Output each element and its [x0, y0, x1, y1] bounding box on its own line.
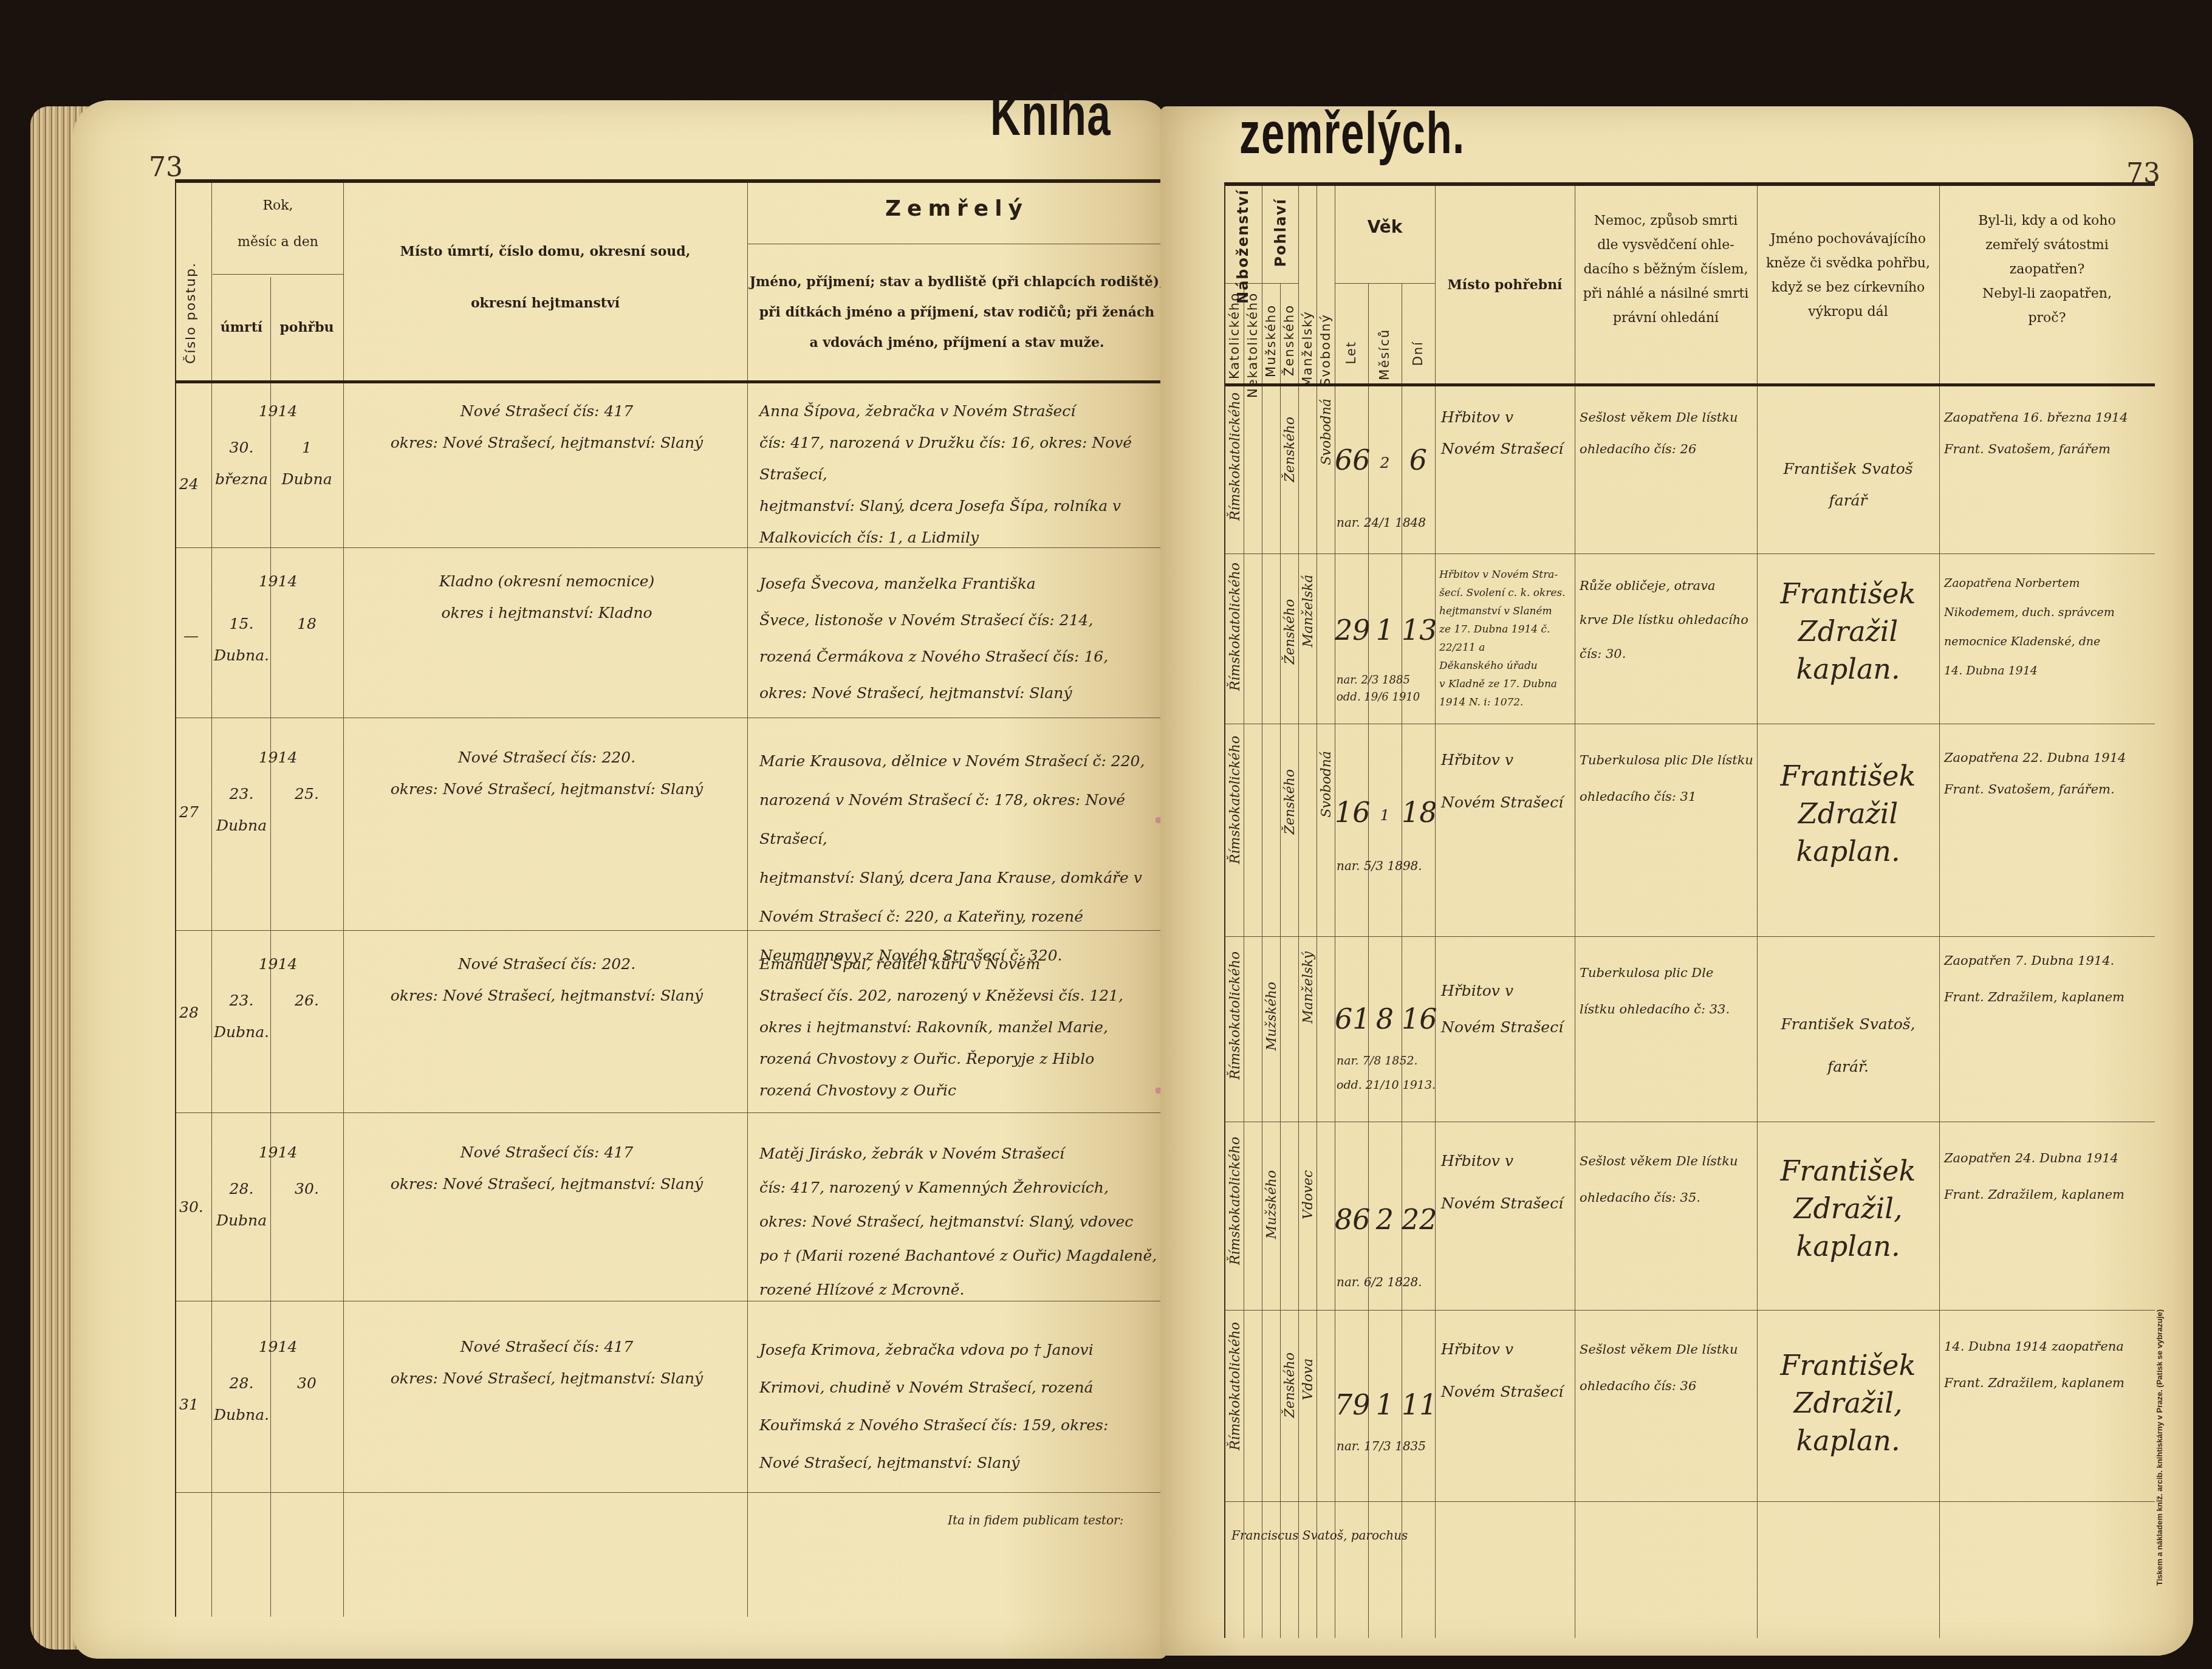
entry-misto-pohrebni: Hřbitov v Novém Strašecí	[1441, 1328, 1572, 1413]
entry-nemoc: Tuberkulosa plic Dle lístku ohledacího č…	[1580, 742, 1756, 815]
header-zenskeho: Ženského	[1282, 304, 1296, 376]
entry-cislo: 24	[179, 468, 199, 500]
entry-zaopatren: Zaopatřena 16. března 1914 Frant. Svatoš…	[1944, 402, 2154, 465]
entry-umrti: 28. Dubna	[213, 1173, 270, 1236]
entry-pohlavi: Mužského	[1264, 1170, 1279, 1239]
header-mesicu: Měsíců	[1377, 329, 1392, 380]
entry-zaopatren: Zaopatřena 22. Dubna 1914 Frant. Svatoše…	[1944, 742, 2154, 805]
header-nemoc: dle vysvědčení ohle-	[1575, 235, 1757, 256]
left-page: 73 Kniha Číslo postup. Rok, měsíc a den …	[73, 100, 1166, 1659]
header-zemrely: Zemřelý	[747, 198, 1166, 220]
entry-nemoc: Tuberkulosa plic Dle lístku ohledacího č…	[1580, 954, 1756, 1027]
title-right: zemřelých.	[1239, 100, 1465, 167]
header-let: Let	[1344, 341, 1358, 364]
entry-pohrbu: 30	[270, 1368, 343, 1399]
entry-stav: Svobodná	[1319, 399, 1334, 465]
entry-misto-umrti: Nové Strašecí čís: 417 okres: Nové Straš…	[349, 396, 744, 459]
entry-zemrely: Emanuel Špal, ředitel kůru v Novém Straš…	[759, 948, 1160, 1106]
header-umrti: úmrtí	[213, 317, 270, 338]
entry-dni: 6	[1402, 441, 1435, 479]
header-nemoc: při náhlé a násilné smrti	[1575, 283, 1757, 305]
header-nemoc: dacího s běžným číslem,	[1575, 259, 1757, 281]
header-nemoc: Nemoc, způsob smrti	[1575, 210, 1757, 232]
entry-cislo: 28	[179, 997, 199, 1029]
entry-mesicu: 2	[1368, 447, 1402, 479]
entry-pohrbu: 26.	[270, 985, 343, 1016]
attestation-signature: Ita in fidem publicam testor:	[948, 1504, 1123, 1536]
header-manzelsky: Manželský	[1300, 310, 1315, 388]
entry-let: 86	[1335, 1201, 1368, 1238]
header-zaopatren: Nebyl-li zaopatřen,	[1939, 283, 2155, 305]
header-mesic-den: měsíc a den	[213, 231, 343, 253]
header-dni: Dní	[1411, 341, 1425, 366]
entry-pohlavi: Ženského	[1282, 599, 1298, 665]
entry-cislo: 27	[179, 797, 199, 828]
header-nekatolickeho: Nekatolického	[1245, 292, 1260, 398]
entry-nemoc: Růže obličeje, otrava krve Dle lístku oh…	[1580, 569, 1756, 671]
header-kneze: výkropu dál	[1757, 301, 1939, 323]
entry-narozen: nar. 5/3 1898.	[1337, 857, 1422, 874]
entry-mesicu: 1	[1368, 1386, 1402, 1424]
right-page: 73 zemřelých. Tiskem a nákladem knīž. ar…	[1160, 106, 2193, 1656]
entry-pohrbu: 1 Dubna	[270, 432, 343, 495]
entry-pohlavi: Mužského	[1264, 982, 1279, 1050]
entry-zemrely: Anna Šípova, žebračka v Novém Strašecí č…	[759, 396, 1160, 553]
header-zaopatren: zemřelý svátostmi	[1939, 235, 2155, 256]
entry-misto-pohrebni: Hřbitov v Novém Strašecí	[1441, 739, 1572, 824]
header-okresni-hejtmanstvi: okresní hejtmanství	[343, 292, 747, 314]
entry-zemrely: Marie Krausova, dělnice v Novém Strašecí…	[759, 742, 1160, 975]
entry-umrti: 15. Dubna.	[213, 608, 270, 671]
entry-misto-pohrebni: Hřbitov v Novém Strašecí	[1441, 402, 1572, 465]
entry-pohlavi: Ženského	[1282, 417, 1298, 482]
entry-knez: František Zdražil, kaplan.	[1757, 1152, 1939, 1265]
entry-rok: 1914	[213, 1331, 343, 1363]
entry-stav: Manželská	[1301, 575, 1316, 647]
entry-knez: František Zdražil kaplan.	[1757, 757, 1939, 870]
entry-rok: 1914	[213, 948, 343, 980]
header-svobodny: Svobodný	[1318, 314, 1333, 386]
entry-knez: František Svatoš farář	[1757, 453, 1939, 516]
entry-nabozenstvi: Římskokatolického	[1228, 951, 1243, 1080]
entry-nemoc: Sešlost věkem Dle lístku ohledacího čís:…	[1580, 1331, 1756, 1404]
header-rok: Rok,	[213, 195, 343, 217]
header-kneze: kněze či svědka pohřbu,	[1757, 253, 1939, 275]
entry-mesicu: 1	[1368, 611, 1402, 649]
entry-knez: František Svatoš, farář.	[1757, 1003, 1939, 1088]
entry-narozen: nar. 24/1 1848	[1337, 514, 1426, 531]
entry-zaopatren: Zaopatřen 7. Dubna 1914. Frant. Zdražile…	[1944, 942, 2154, 1015]
entry-nemoc: Sešlost věkem Dle lístku ohledacího čís:…	[1580, 402, 1756, 465]
header-cislo-postup: Číslo postup.	[183, 262, 199, 364]
entry-zemrely: Matěj Jirásko, žebrák v Novém Strašecí č…	[759, 1137, 1160, 1307]
entry-nabozenstvi: Římskokatolického	[1228, 736, 1243, 864]
entry-rok: 1914	[213, 566, 343, 597]
entry-pohrbu: 18	[270, 608, 343, 640]
header-kneze: když se bez církevního	[1757, 277, 1939, 299]
header-nemoc: právní ohledání	[1575, 307, 1757, 329]
right-table: Náboženství Katolického Nekatolického Po…	[1224, 182, 2155, 1638]
entry-misto-umrti: Nové Strašecí čís: 202. okres: Nové Stra…	[349, 948, 744, 1012]
entry-narozen: nar. 7/8 1852. odd. 21/10 1913.	[1337, 1049, 1436, 1097]
entry-misto-pohrebni: Hřbitov v Novém Stra- šecí. Svolení c. k…	[1439, 566, 1573, 711]
entry-dni: 16	[1402, 1000, 1435, 1038]
entry-dni: 13	[1402, 611, 1435, 649]
entry-umrti: 30. března	[213, 432, 270, 495]
page-number-left: 73	[149, 152, 183, 183]
entry-narozen: nar. 17/3 1835	[1337, 1438, 1426, 1455]
header-pohlavi: Pohlaví	[1272, 198, 1289, 267]
entry-misto-umrti: Kladno (okresní nemocnice) okres i hejtm…	[349, 566, 744, 629]
header-muzskeho: Mužského	[1264, 304, 1278, 377]
entry-misto-pohrebni: Hřbitov v Novém Strašecí	[1441, 1140, 1572, 1225]
entry-let: 16	[1335, 793, 1368, 831]
entry-mesicu: 2	[1368, 1201, 1402, 1238]
entry-knez: František Zdražil kaplan.	[1757, 575, 1939, 688]
header-zemrely-desc-2: při dítkách jméno a příjmení, stav rodič…	[747, 301, 1166, 323]
entry-nabozenstvi: Římskokatolického	[1228, 563, 1243, 691]
entry-zemrely: Josefa Krimova, žebračka vdova po † Jano…	[759, 1331, 1160, 1482]
entry-dni: 22	[1402, 1201, 1435, 1238]
entry-cislo: 30.	[179, 1191, 204, 1223]
header-misto-umrti: Místo úmrtí, číslo domu, okresní soud,	[343, 241, 747, 262]
entry-pohrbu: 30.	[270, 1173, 343, 1205]
entry-let: 61	[1335, 1000, 1368, 1038]
entry-cislo: —	[183, 620, 199, 652]
entry-knez: František Zdražil, kaplan.	[1757, 1346, 1939, 1459]
entry-let: 79	[1335, 1386, 1368, 1424]
entry-misto-umrti: Nové Strašecí čís: 417 okres: Nové Straš…	[349, 1137, 744, 1200]
parish-priest-signature: Franciscus Svatoš, parochus	[1231, 1520, 1408, 1551]
entry-rok: 1914	[213, 742, 343, 773]
entry-stav: Vdova	[1301, 1359, 1316, 1400]
header-katolickeho: Katolického	[1227, 292, 1242, 379]
entry-mesicu: 8	[1368, 1000, 1402, 1038]
entry-stav: Svobodná	[1319, 751, 1334, 817]
entry-let: 29	[1335, 611, 1368, 649]
left-table: Číslo postup. Rok, měsíc a den úmrtí poh…	[175, 179, 1166, 1617]
entry-narozen: nar. 6/2 1828.	[1337, 1273, 1422, 1290]
entry-zaopatren: 14. Dubna 1914 zaopatřena Frant. Zdražil…	[1944, 1328, 2154, 1401]
entry-stav: Vdovec	[1301, 1170, 1316, 1219]
open-register-book: 73 Kniha Číslo postup. Rok, měsíc a den …	[30, 9, 2199, 1659]
entry-misto-umrti: Nové Strašecí čís: 417 okres: Nové Straš…	[349, 1331, 744, 1394]
header-zemrely-desc-3: a vdovách jméno, příjmení a stav muže.	[747, 332, 1166, 354]
header-zaopatren: Byl-li, kdy a od koho	[1939, 210, 2155, 232]
entry-misto-umrti: Nové Strašecí čís: 220. okres: Nové Stra…	[349, 742, 744, 805]
entry-umrti: 28. Dubna.	[213, 1368, 270, 1431]
entry-nemoc: Sešlost věkem Dle lístku ohledacího čís:…	[1580, 1143, 1756, 1216]
entry-mesicu: 1	[1368, 800, 1402, 831]
printer-imprint: Tiskem a nákladem knīž. arcib. knihtiská…	[2155, 1309, 2164, 1586]
header-zaopatren: zaopatřen?	[1939, 259, 2155, 281]
entry-zaopatren: Zaopatřen 24. Dubna 1914 Frant. Zdražile…	[1944, 1140, 2154, 1213]
title-left: Kniha	[990, 82, 1111, 149]
entry-pohrbu: 25.	[270, 778, 343, 810]
entry-pohlavi: Ženského	[1282, 1352, 1298, 1418]
entry-rok: 1914	[213, 1137, 343, 1168]
entry-nabozenstvi: Římskokatolického	[1228, 1322, 1243, 1450]
header-zemrely-desc-1: Jméno, příjmení; stav a bydliště (při ch…	[747, 271, 1166, 293]
entry-nabozenstvi: Římskokatolického	[1228, 1137, 1243, 1265]
entry-umrti: 23. Dubna.	[213, 985, 270, 1048]
entry-cislo: 31	[179, 1389, 199, 1421]
header-zaopatren: proč?	[1939, 307, 2155, 329]
entry-zaopatren: Zaopatřena Norbertem Nikodemem, duch. sp…	[1944, 569, 2154, 685]
entry-stav: Manželský	[1301, 951, 1316, 1024]
header-misto-pohrebni: Místo pohřební	[1435, 274, 1575, 296]
entry-pohlavi: Ženského	[1282, 769, 1298, 835]
entry-umrti: 23. Dubna	[213, 778, 270, 841]
entry-let: 66	[1335, 441, 1368, 479]
entry-nabozenstvi: Římskokatolického	[1228, 392, 1243, 521]
entry-zemrely: Josefa Švecova, manželka Františka Švece…	[759, 566, 1160, 711]
header-pohrbu: pohřbu	[270, 317, 343, 338]
entry-narozen: nar. 2/3 1885 odd. 19/6 1910	[1337, 672, 1420, 706]
header-nabozenstvi: Náboženství	[1234, 189, 1252, 304]
entry-dni: 11	[1402, 1386, 1435, 1424]
entry-dni: 18	[1402, 793, 1435, 831]
entry-misto-pohrebni: Hřbitov v Novém Strašecí	[1441, 973, 1572, 1046]
header-vek: Věk	[1335, 216, 1435, 238]
entry-rok: 1914	[213, 396, 343, 427]
header-kneze: Jméno pochovávajícího	[1757, 228, 1939, 250]
